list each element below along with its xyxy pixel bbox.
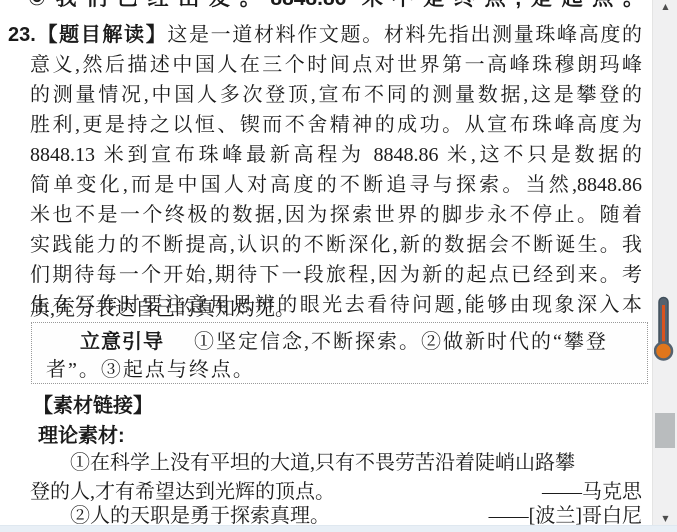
guide-box-label: 立意引导 xyxy=(80,329,164,355)
item-number: 23. xyxy=(8,24,36,46)
quote1-attribution: ——马克思 xyxy=(542,479,642,505)
body-line: 8848.13 米到宣布珠峰最新高程为 8848.86 米,这不只是数据的 xyxy=(30,142,642,168)
lead-text: 这是一道材料作文题。材料先指出测量珠峰高度的 xyxy=(167,24,642,46)
section-heading: 【题目解读】 xyxy=(36,24,168,46)
body-line: 的测量情况,中国人多次登顶,宣布不同的测量数据,这是攀登的 xyxy=(30,82,642,108)
clipped-top-line: ⑥我们已经出发。8848.86 米不是终点,是起点。 xyxy=(28,0,644,13)
scrollbar-thumb[interactable] xyxy=(655,413,675,448)
thermometer-icon xyxy=(654,296,674,362)
scrollbar[interactable]: ▲ ▼ xyxy=(652,0,677,526)
body-line: 米也不是一个终极的数据,因为探索世界的脚步永不停止。随着 xyxy=(30,202,642,228)
material-section-header: 【素材链接】 xyxy=(33,393,153,419)
body-line: 们期待每一个开始,期待下一段旅程,因为新的起点已经到来。考 xyxy=(30,262,642,288)
body-line: 胜利,更是持之以恒、锲而不舍精神的成功。从宣布珠峰高度为 xyxy=(30,112,642,138)
paragraph-first-line: 23.【题目解读】这是一道材料作文题。材料先指出测量珠峰高度的 xyxy=(8,22,642,48)
body-line: 实践能力的不断提高,认识的不断深化,新的数据会不断诞生。我 xyxy=(30,232,642,258)
guide-box-line1: 立意引导 ①坚定信念,不断探索。②做新时代的“攀登 xyxy=(32,329,647,355)
clipped-top-line-text: ⑥我们已经出发。8848.86 米不是终点,是起点。 xyxy=(28,0,644,12)
quote1-line1: ①在科学上没有平坦的大道,只有不畏劳苦沿着陡峭山路攀 xyxy=(30,450,575,476)
guide-box: 立意引导 ①坚定信念,不断探索。②做新时代的“攀登 者”。③起点与终点。 xyxy=(31,322,648,384)
body-line: 意义,然后描述中国人在三个时间点对世界第一高峰珠穆朗玛峰 xyxy=(30,52,642,78)
guide-box-text2: 者”。③起点与终点。 xyxy=(46,357,255,383)
guide-box-text1: ①坚定信念,不断探索。②做新时代的“攀登 xyxy=(194,329,608,355)
body-last-line: 质,充分表达自己的真知灼见。 xyxy=(30,296,642,322)
scroll-down-arrow-icon[interactable]: ▼ xyxy=(653,512,677,526)
quote1-line2: 登的人,才有希望达到光辉的顶点。 xyxy=(30,479,335,505)
material-subheader: 理论素材: xyxy=(38,423,125,449)
bottom-panel-edge xyxy=(0,525,677,532)
scroll-up-arrow-icon[interactable]: ▲ xyxy=(653,0,677,14)
body-line: 简单变化,而是中国人对高度的不断追寻与探索。当然,8848.86 xyxy=(30,172,642,198)
